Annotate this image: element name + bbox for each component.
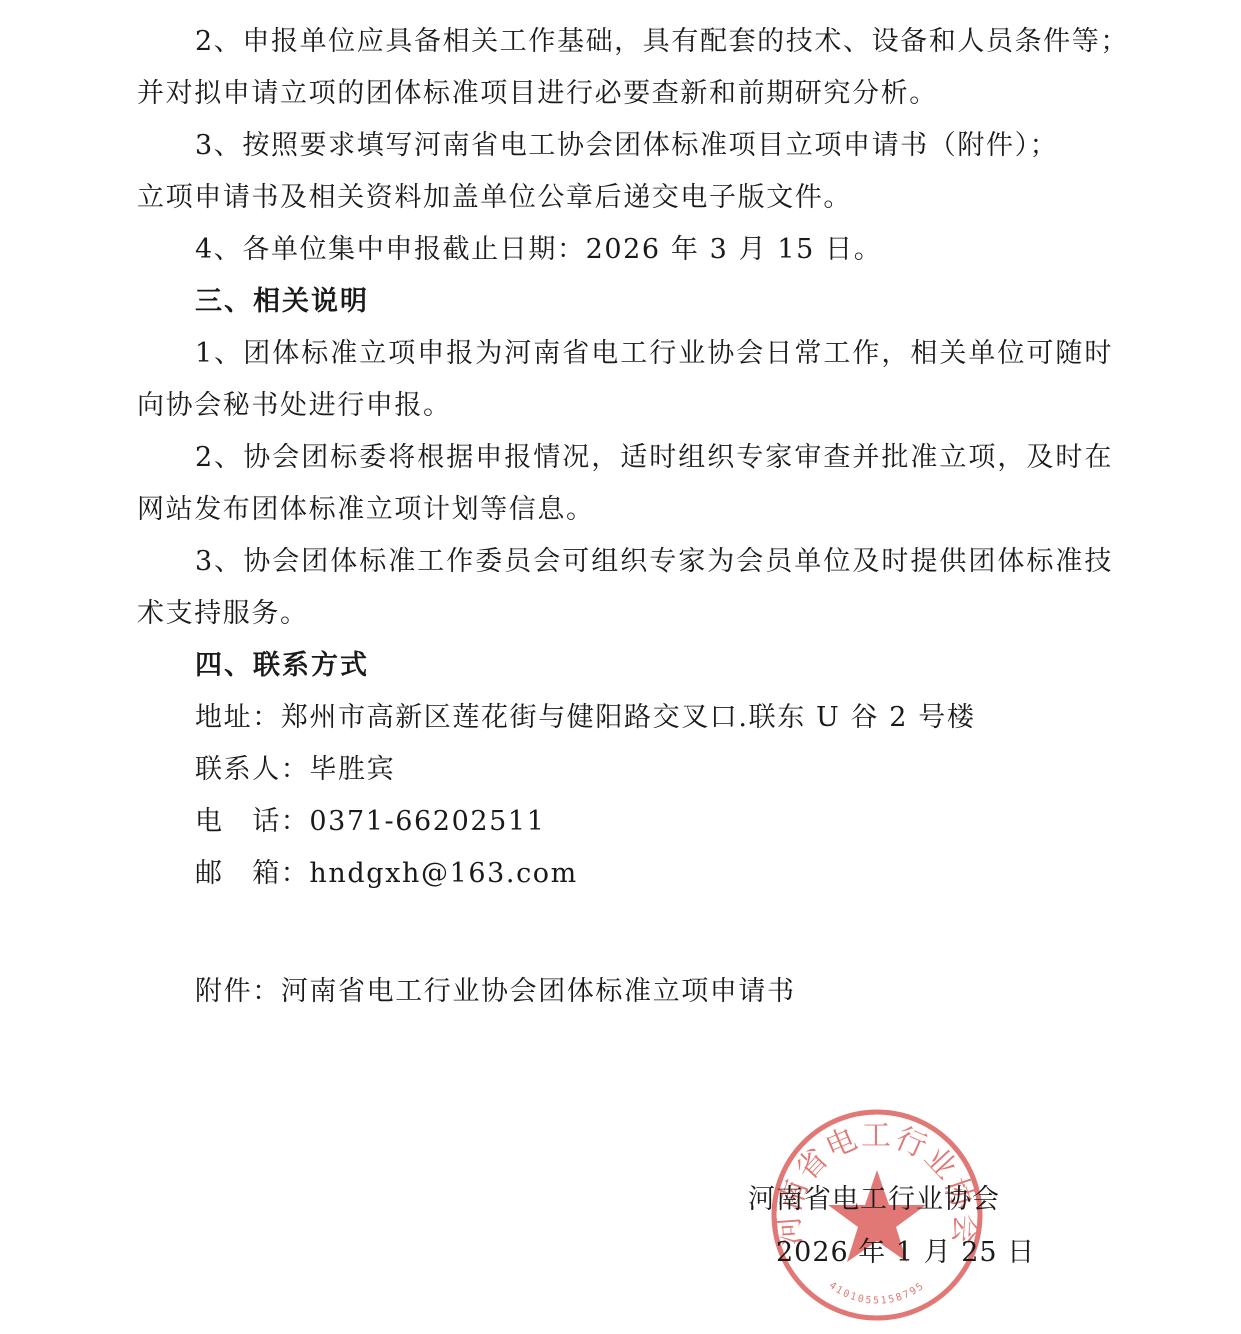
paragraph-3-line-1: 3、按照要求填写河南省电工协会团体标准项目立项申请书（附件）； <box>195 126 1058 166</box>
attachment-line: 附件：河南省电工行业协会团体标准立项申请书 <box>195 972 796 1012</box>
attachment-value: 河南省电工行业协会团体标准立项申请书 <box>281 976 796 1007</box>
email-value[interactable]: hndgxh@163.com <box>309 858 577 889</box>
section-3-item-1-line-1: 1、团体标准立项申报为河南省电工行业协会日常工作，相关单位可随时 <box>195 334 1113 374</box>
contact-phone: 电 话：0371-66202511 <box>195 802 545 842</box>
attachment-label: 附件： <box>195 976 281 1007</box>
contact-label: 联系人： <box>195 754 309 785</box>
contact-value: 毕胜宾 <box>309 754 395 785</box>
section-3-item-2-line-1: 2、协会团标委将根据申报情况，适时组织专家审查并批准立项，及时在 <box>195 438 1113 478</box>
section-3-heading: 三、相关说明 <box>195 282 369 322</box>
section-3-item-3-line-1: 3、协会团体标准工作委员会可组织专家为会员单位及时提供团体标准技 <box>195 542 1113 582</box>
section-4-heading: 四、联系方式 <box>195 646 369 686</box>
paragraph-3-line-2: 立项申请书及相关资料加盖单位公章后递交电子版文件。 <box>137 178 852 218</box>
paragraph-2-line-1: 2、申报单位应具备相关工作基础，具有配套的技术、设备和人员条件等； <box>195 22 1113 62</box>
section-3-item-1-line-2: 向协会秘书处进行申报。 <box>137 386 452 426</box>
phone-label: 电 话： <box>195 806 309 837</box>
signature-organization: 河南省电工行业协会 <box>748 1180 1000 1220</box>
contact-person: 联系人：毕胜宾 <box>195 750 395 790</box>
paragraph-4-deadline: 4、各单位集中申报截止日期：2026 年 3 月 15 日。 <box>195 230 882 270</box>
section-3-item-3-line-2: 术支持服务。 <box>137 594 309 634</box>
email-label: 邮 箱： <box>195 858 309 889</box>
address-value: 郑州市高新区莲花街与健阳路交叉口.联东 U 谷 2 号楼 <box>281 702 976 733</box>
contact-address: 地址：郑州市高新区莲花街与健阳路交叉口.联东 U 谷 2 号楼 <box>195 698 975 738</box>
seal-serial-number: 4101055158795 <box>827 1280 927 1307</box>
address-label: 地址： <box>195 702 281 733</box>
signature-date: 2026 年 1 月 25 日 <box>776 1233 1035 1273</box>
paragraph-2-line-2: 并对拟申请立项的团体标准项目进行必要查新和前期研究分析。 <box>137 74 938 114</box>
phone-value: 0371-66202511 <box>309 806 545 837</box>
contact-email: 邮 箱：hndgxh@163.com <box>195 854 578 894</box>
section-3-item-2-line-2: 网站发布团体标准立项计划等信息。 <box>137 490 595 530</box>
